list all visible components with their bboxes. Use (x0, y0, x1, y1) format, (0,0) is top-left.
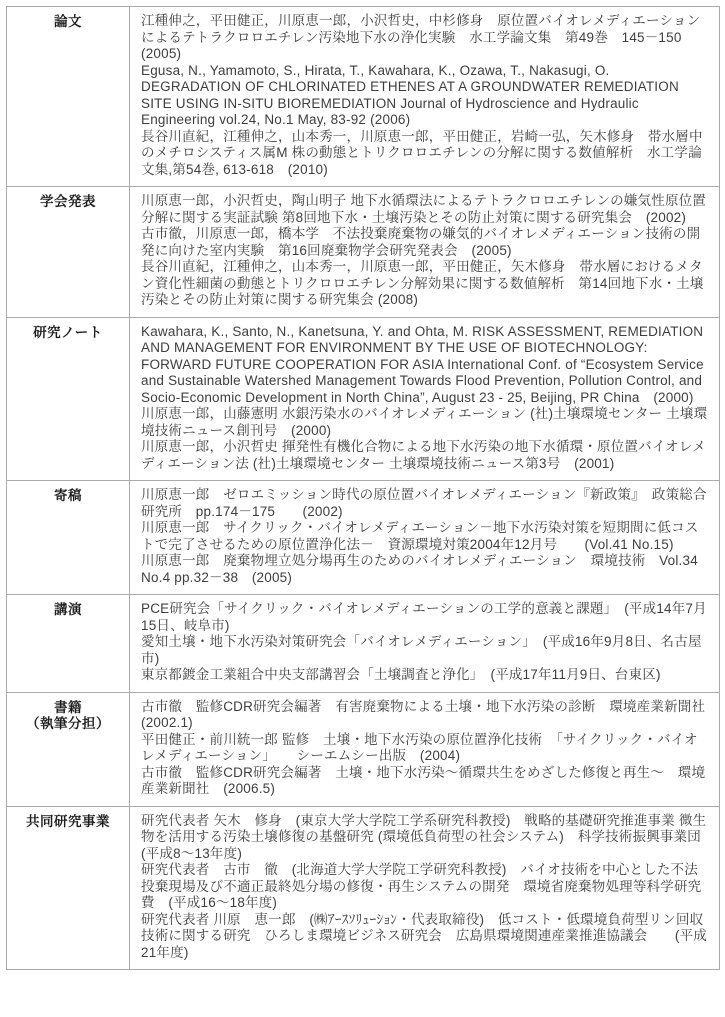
row-content: PCE研究会「サイクリック・バイオレメディエーションの工学的意義と課題」 (平成… (130, 595, 720, 693)
publication-entry: Egusa, N., Yamamoto, S., Hirata, T., Kaw… (141, 63, 710, 129)
row-label: 書籍 （執筆分担） (7, 692, 130, 806)
publication-entry: 川原恵一郎 サイクリック・バイオレメディエーション－地下水汚染対策を短期間に低コ… (141, 520, 710, 553)
publication-entry: PCE研究会「サイクリック・バイオレメディエーションの工学的意義と課題」 (平成… (141, 601, 710, 634)
publication-entry: 川原恵一郎，山藤憲明 水銀汚染水のバイオレメディエーション (社)土壌環境センタ… (141, 406, 710, 439)
publication-entry: 東京都鍍金工業組合中央支部講習会「土壌調査と浄化」 (平成17年11月9日、台東… (141, 667, 710, 684)
table-row: 研究ノートKawahara, K., Santo, N., Kanetsuna,… (7, 317, 720, 481)
publication-entry: 長谷川直紀，江種伸之，山本秀一，川原恵一郎，平田健正，矢木修身 帯水層におけるメ… (141, 259, 710, 309)
row-label: 寄稿 (7, 481, 130, 595)
table-row: 講演PCE研究会「サイクリック・バイオレメディエーションの工学的意義と課題」 (… (7, 595, 720, 693)
publication-entry: 愛知土壌・地下水汚染対策研究会「バイオレメディエーション」 (平成16年9月8日… (141, 634, 710, 667)
row-content: 川原恵一郎，小沢哲史，陶山明子 地下水循環法によるテトラクロロエチレンの嫌気性原… (130, 187, 720, 318)
table-row: 学会発表川原恵一郎，小沢哲史，陶山明子 地下水循環法によるテトラクロロエチレンの… (7, 187, 720, 318)
publication-entry: 長谷川直紀，江種伸之，山本秀一，川原恵一郎，平田健正，岩崎一弘，矢木修身 帯水層… (141, 129, 710, 179)
table-row: 論文江種伸之，平田健正，川原恵一郎，小沢哲史，中杉修身 原位置バイオレメディエー… (7, 7, 720, 187)
publication-entry: 川原恵一郎，小沢哲史，陶山明子 地下水循環法によるテトラクロロエチレンの嫌気性原… (141, 193, 710, 226)
row-content: 古市徹 監修CDR研究会編著 有害廃棄物による土壌・地下水汚染の診断 環境産業新… (130, 692, 720, 806)
table-row: 書籍 （執筆分担）古市徹 監修CDR研究会編著 有害廃棄物による土壌・地下水汚染… (7, 692, 720, 806)
publication-entry: 平田健正・前川統一郎 監修 土壌・地下水汚染の原位置浄化技術 「サイクリック・バ… (141, 732, 710, 765)
row-content: Kawahara, K., Santo, N., Kanetsuna, Y. a… (130, 317, 720, 481)
publication-entry: Kawahara, K., Santo, N., Kanetsuna, Y. a… (141, 324, 710, 407)
publication-entry: 川原恵一郎 ゼロエミッション時代の原位置バイオレメディエーション『新政策』 政策… (141, 487, 710, 520)
table-row: 寄稿川原恵一郎 ゼロエミッション時代の原位置バイオレメディエーション『新政策』 … (7, 481, 720, 595)
row-content: 研究代表者 矢木 修身 (東京大学大学院工学系研究科教授) 戦略的基礎研究推進事… (130, 806, 720, 970)
publication-entry: 江種伸之，平田健正，川原恵一郎，小沢哲史，中杉修身 原位置バイオレメディエーショ… (141, 13, 710, 63)
publications-document: 論文江種伸之，平田健正，川原恵一郎，小沢哲史，中杉修身 原位置バイオレメディエー… (0, 0, 725, 1017)
publication-entry: 古市徹 監修CDR研究会編著 有害廃棄物による土壌・地下水汚染の診断 環境産業新… (141, 699, 710, 732)
row-label: 論文 (7, 7, 130, 187)
row-content: 江種伸之，平田健正，川原恵一郎，小沢哲史，中杉修身 原位置バイオレメディエーショ… (130, 7, 720, 187)
publication-entry: 研究代表者 川原 恵一郎 (㈱ｱｰｽｿﾘｭｰｼｮﾝ・代表取締役) 低コスト・低環… (141, 912, 710, 962)
publication-entry: 研究代表者 矢木 修身 (東京大学大学院工学系研究科教授) 戦略的基礎研究推進事… (141, 813, 710, 863)
publication-entry: 川原恵一郎，小沢哲史 揮発性有機化合物による地下水汚染の地下水循環・原位置バイオ… (141, 439, 710, 472)
row-label: 学会発表 (7, 187, 130, 318)
publications-table: 論文江種伸之，平田健正，川原恵一郎，小沢哲史，中杉修身 原位置バイオレメディエー… (6, 6, 720, 970)
row-content: 川原恵一郎 ゼロエミッション時代の原位置バイオレメディエーション『新政策』 政策… (130, 481, 720, 595)
publication-entry: 古市徹 監修CDR研究会編著 土壌・地下水汚染～循環共生をめざした修復と再生～ … (141, 765, 710, 798)
row-label: 共同研究事業 (7, 806, 130, 970)
publication-entry: 研究代表者 古市 徹 (北海道大学大学院工学研究科教授) バイオ技術を中心とした… (141, 862, 710, 912)
publication-entry: 川原恵一郎 廃棄物埋立処分場再生のためのバイオレメディエーション 環境技術 Vo… (141, 553, 710, 586)
table-row: 共同研究事業研究代表者 矢木 修身 (東京大学大学院工学系研究科教授) 戦略的基… (7, 806, 720, 970)
row-label: 研究ノート (7, 317, 130, 481)
publication-entry: 古市徹，川原恵一郎，橋本学 不法投棄廃棄物の嫌気的バイオレメディエーション技術の… (141, 226, 710, 259)
row-label: 講演 (7, 595, 130, 693)
